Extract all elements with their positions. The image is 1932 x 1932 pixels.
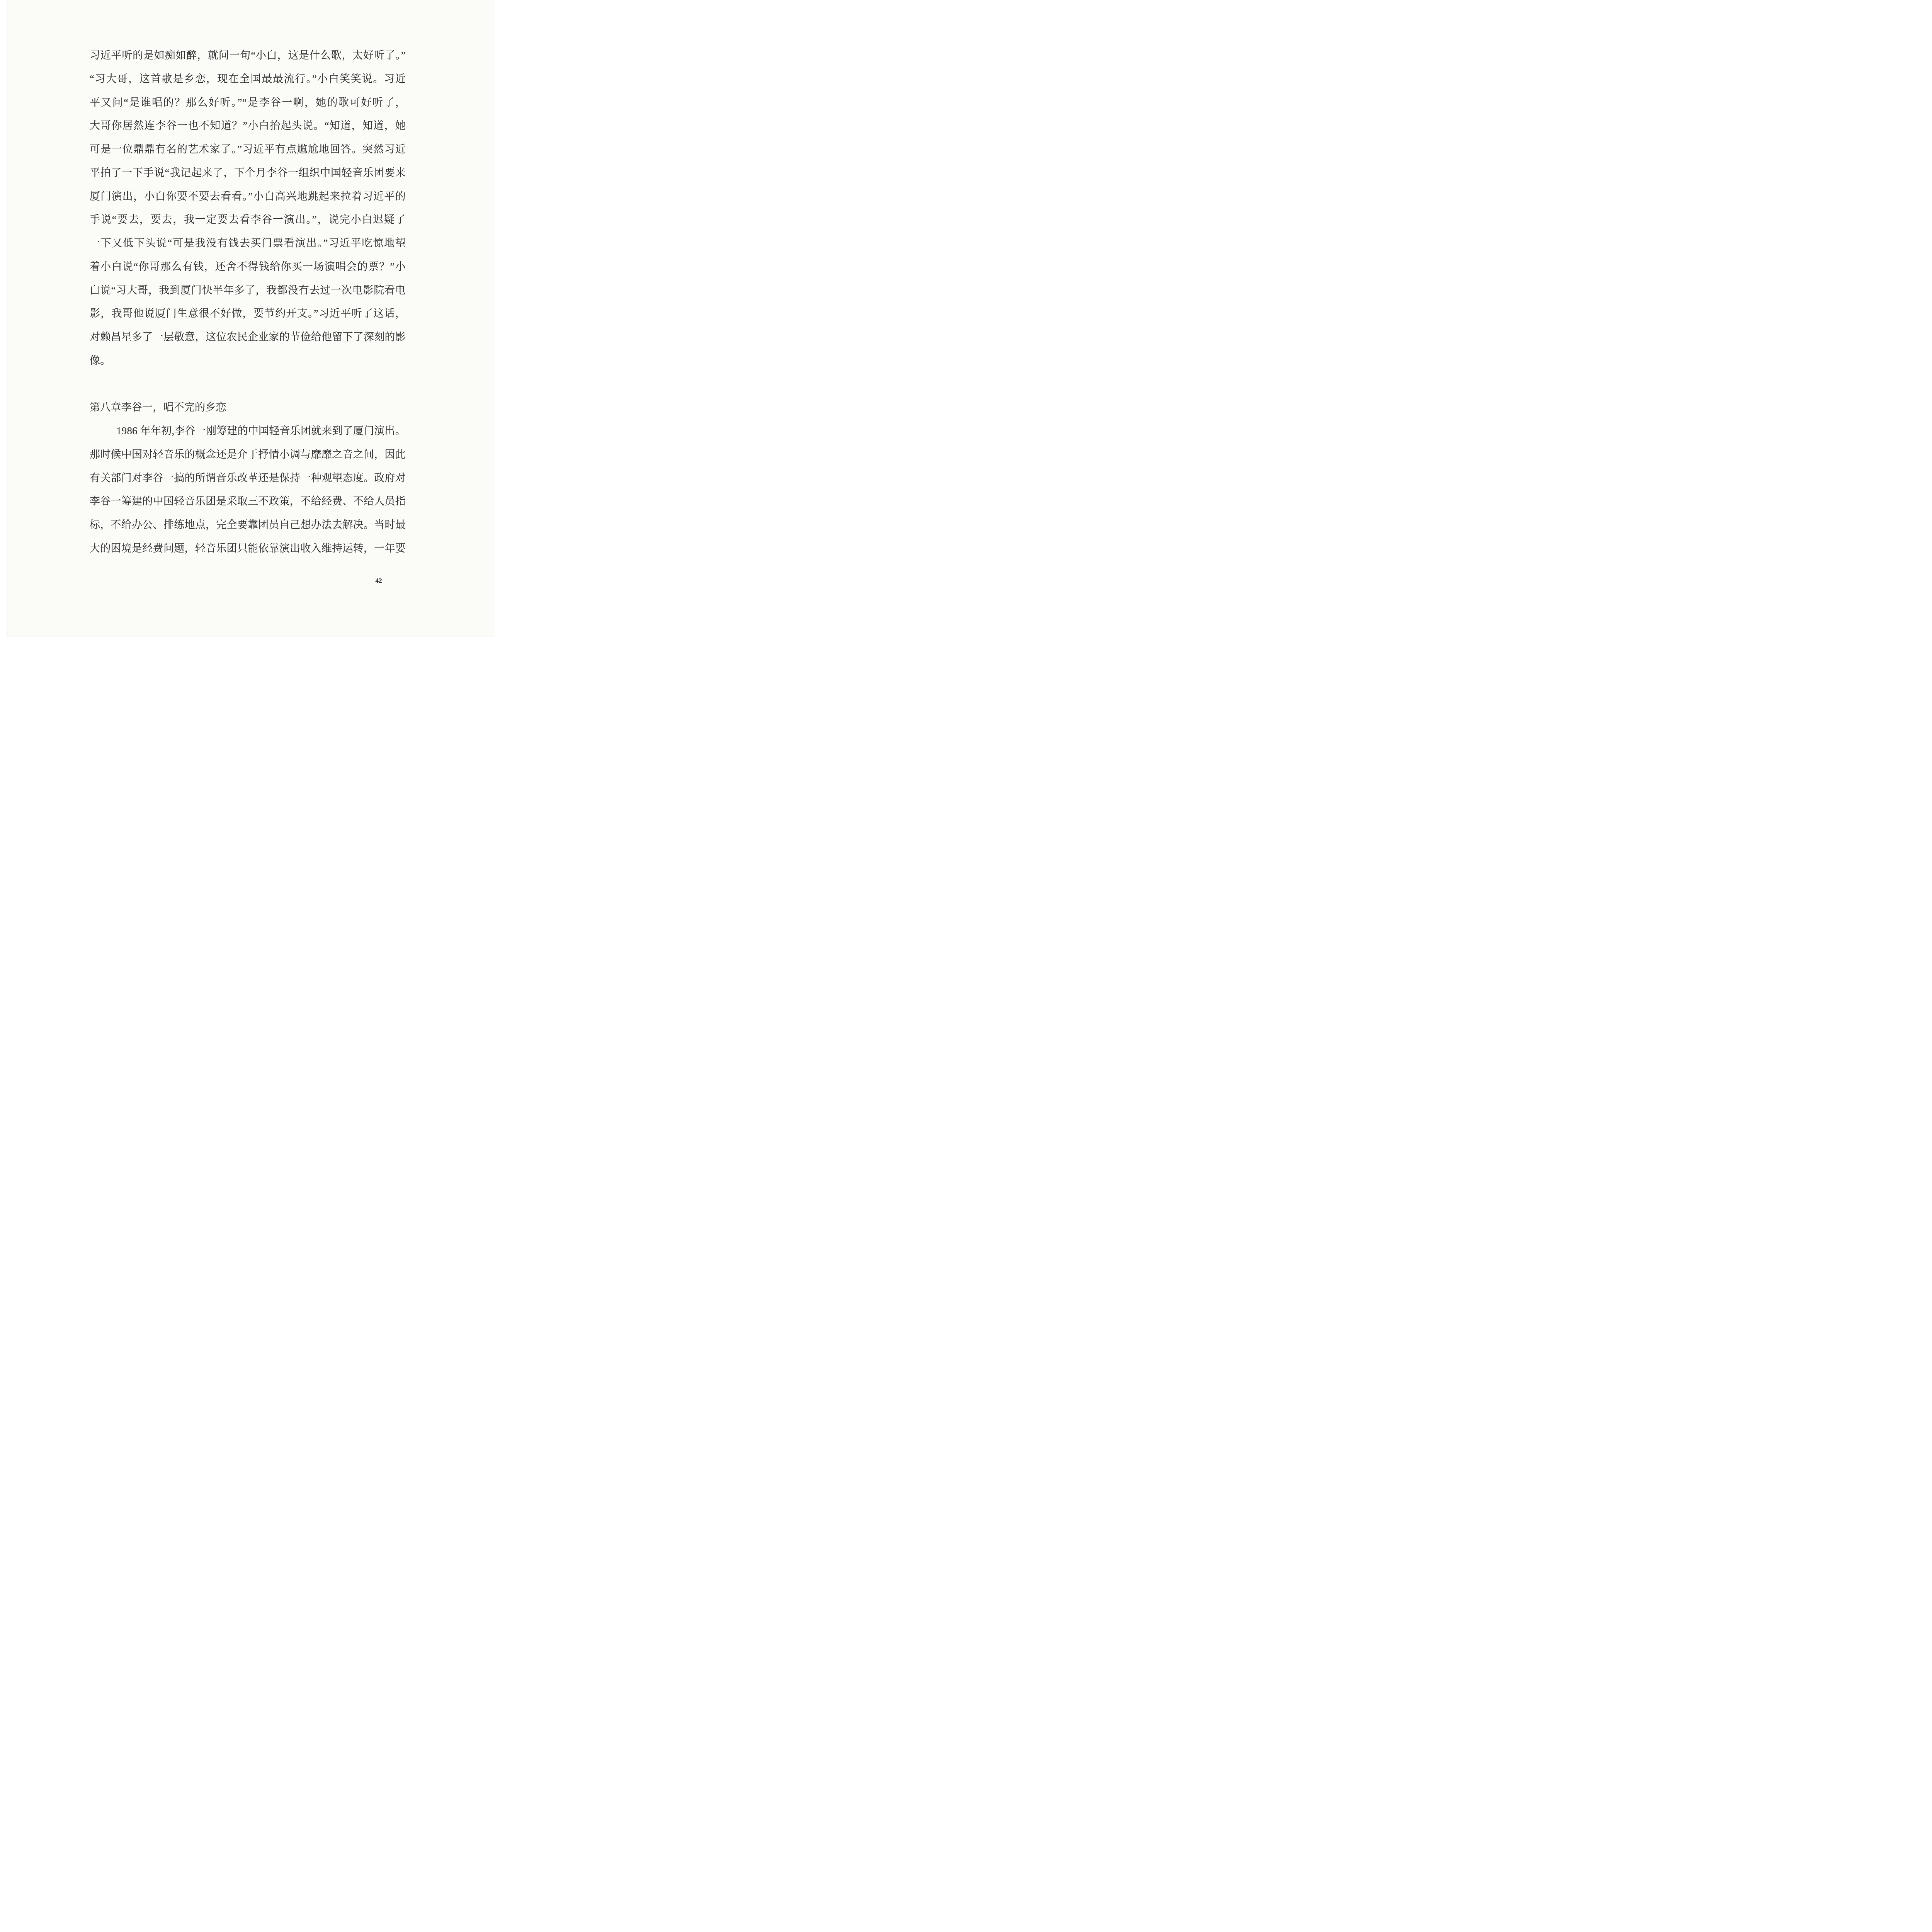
text-line: 可是一位鼎鼎有名的艺术家了。”习近平有点尴尬地回答。突然习近 (90, 138, 406, 161)
text-line: 有关部门对李谷一搞的所谓音乐改革还是保持一种观望态度。政府对 (90, 466, 406, 490)
text-line: 那时候中国对轻音乐的概念还是介于抒情小调与靡靡之音之间，因此 (90, 443, 406, 466)
text-line: 着小白说“你哥那么有钱，还舍不得钱给你买一场演唱会的票？”小 (90, 255, 406, 279)
text-line: 标，不给办公、排练地点，完全要靠团员自己想办法去解决。当时最 (90, 513, 406, 537)
text-block: 习近平听的是如痴如醉，就问一句“小白，这是什么歌，太好听了。”“习大哥，这首歌是… (90, 44, 406, 560)
text-line: 平又问“是谁唱的？那么好听。”“是李谷一啊，她的歌可好听了， (90, 91, 406, 114)
text-line: 平拍了一下手说“我记起来了，下个月李谷一组织中国轻音乐团要来 (90, 161, 406, 185)
chapter-heading: 第八章李谷一，唱不完的乡恋 (90, 396, 406, 419)
page-number: 42 (368, 573, 389, 588)
document-page: 习近平听的是如痴如醉，就问一句“小白，这是什么歌，太好听了。”“习大哥，这首歌是… (7, 0, 495, 637)
text-line: 李谷一筹建的中国轻音乐团是采取三不政策，不给经费、不给人员指 (90, 490, 406, 513)
blank-line (90, 372, 406, 396)
text-line: 厦门演出，小白你要不要去看看。”小白高兴地跳起来拉着习近平的 (90, 185, 406, 208)
text-line: 1986 年年初,李谷一刚筹建的中国轻音乐团就来到了厦门演出。 (90, 419, 406, 443)
text-line: 手说“要去，要去，我一定要去看李谷一演出。”，说完小白迟疑了 (90, 208, 406, 231)
text-line: 大的困境是经费问题，轻音乐团只能依靠演出收入维持运转，一年要 (90, 537, 406, 560)
text-line: 影，我哥他说厦门生意很不好做，要节约开支。”习近平听了这话， (90, 302, 406, 325)
text-line: 对赖昌星多了一层敬意，这位农民企业家的节俭给他留下了深刻的影 (90, 325, 406, 349)
text-line: 白说“习大哥，我到厦门快半年多了，我都没有去过一次电影院看电 (90, 279, 406, 302)
text-line: 一下又低下头说“可是我没有钱去买门票看演出。”习近平吃惊地望 (90, 231, 406, 255)
text-line: “习大哥，这首歌是乡恋，现在全国最最流行。”小白笑笑说。习近 (90, 67, 406, 91)
text-line: 大哥你居然连李谷一也不知道？”小白抬起头说。“知道，知道，她 (90, 114, 406, 138)
text-line: 习近平听的是如痴如醉，就问一句“小白，这是什么歌，太好听了。” (90, 44, 406, 67)
text-line: 像。 (90, 349, 406, 372)
